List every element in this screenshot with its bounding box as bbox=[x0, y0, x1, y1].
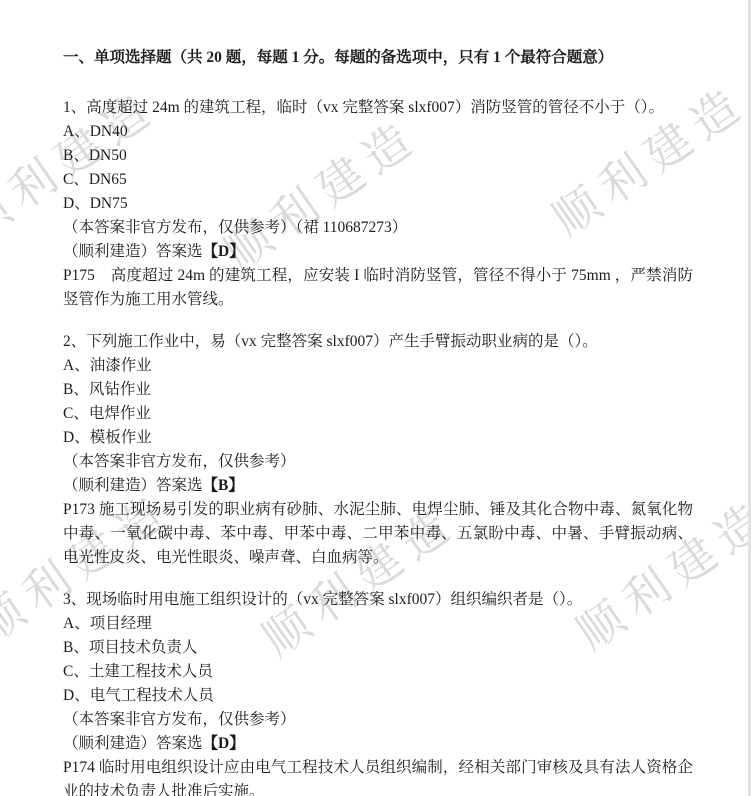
option-a: A、油漆作业 bbox=[63, 354, 693, 378]
answer-value: 【D】 bbox=[203, 243, 245, 260]
document-content: 一、单项选择题（共 20 题，每题 1 分。每题的备选项中，只有 1 个最符合题… bbox=[0, 0, 748, 796]
question-block-2: 2、下列施工作业中，易（vx 完整答案 slxf007）产生手臂振动职业病的是（… bbox=[63, 330, 693, 570]
answer-line: （顺利建造）答案选【D】 bbox=[63, 240, 693, 264]
option-a: A、项目经理 bbox=[63, 612, 693, 636]
section-title: 一、单项选择题（共 20 题，每题 1 分。每题的备选项中，只有 1 个最符合题… bbox=[63, 46, 693, 70]
question-stem: 2、下列施工作业中，易（vx 完整答案 slxf007）产生手臂振动职业病的是（… bbox=[63, 330, 693, 354]
answer-line: （顺利建造）答案选【D】 bbox=[63, 732, 693, 756]
explanation-paragraph: P173 施工现场易引发的职业病有砂肺、水泥尘肺、电焊尘肺、锤及其化合物中毒、氮… bbox=[63, 498, 693, 570]
question-block-3: 3、现场临时用电施工组织设计的（vx 完整答案 slxf007）组织编织者是（）… bbox=[63, 588, 693, 796]
option-d: D、电气工程技术人员 bbox=[63, 684, 693, 708]
explanation-paragraph: P175 高度超过 24m 的建筑工程，应安装 I 临时消防竖管，管径不得小于 … bbox=[63, 264, 693, 312]
option-b: B、风钻作业 bbox=[63, 378, 693, 402]
option-d: D、DN75 bbox=[63, 192, 693, 216]
disclaimer-line: （本答案非官方发布，仅供参考）（裙 110687273） bbox=[63, 216, 693, 240]
option-d: D、模板作业 bbox=[63, 426, 693, 450]
disclaimer-line: （本答案非官方发布，仅供参考） bbox=[63, 708, 693, 732]
option-b: B、DN50 bbox=[63, 144, 693, 168]
option-c: C、土建工程技术人员 bbox=[63, 660, 693, 684]
option-c: C、DN65 bbox=[63, 168, 693, 192]
document-page: 顺利建造 顺利建造 顺利建造 顺利建造 顺利建造 顺利建造 一、单项选择题（共 … bbox=[0, 0, 751, 796]
answer-value: 【D】 bbox=[203, 735, 245, 752]
option-c: C、电焊作业 bbox=[63, 402, 693, 426]
answer-prefix: （顺利建造）答案选 bbox=[63, 735, 203, 752]
option-b: B、项目技术负责人 bbox=[63, 636, 693, 660]
question-stem: 1、高度超过 24m 的建筑工程，临时（vx 完整答案 slxf007）消防竖管… bbox=[63, 96, 693, 120]
explanation-paragraph: P174 临时用电组织设计应由电气工程技术人员组织编制，经相关部门审核及具有法人… bbox=[63, 756, 693, 796]
disclaimer-line: （本答案非官方发布，仅供参考） bbox=[63, 450, 693, 474]
answer-prefix: （顺利建造）答案选 bbox=[63, 243, 203, 260]
option-a: A、DN40 bbox=[63, 120, 693, 144]
answer-prefix: （顺利建造）答案选 bbox=[63, 477, 203, 494]
answer-line: （顺利建造）答案选【B】 bbox=[63, 474, 693, 498]
answer-value: 【B】 bbox=[203, 477, 244, 494]
question-stem: 3、现场临时用电施工组织设计的（vx 完整答案 slxf007）组织编织者是（）… bbox=[63, 588, 693, 612]
question-block-1: 1、高度超过 24m 的建筑工程，临时（vx 完整答案 slxf007）消防竖管… bbox=[63, 96, 693, 312]
